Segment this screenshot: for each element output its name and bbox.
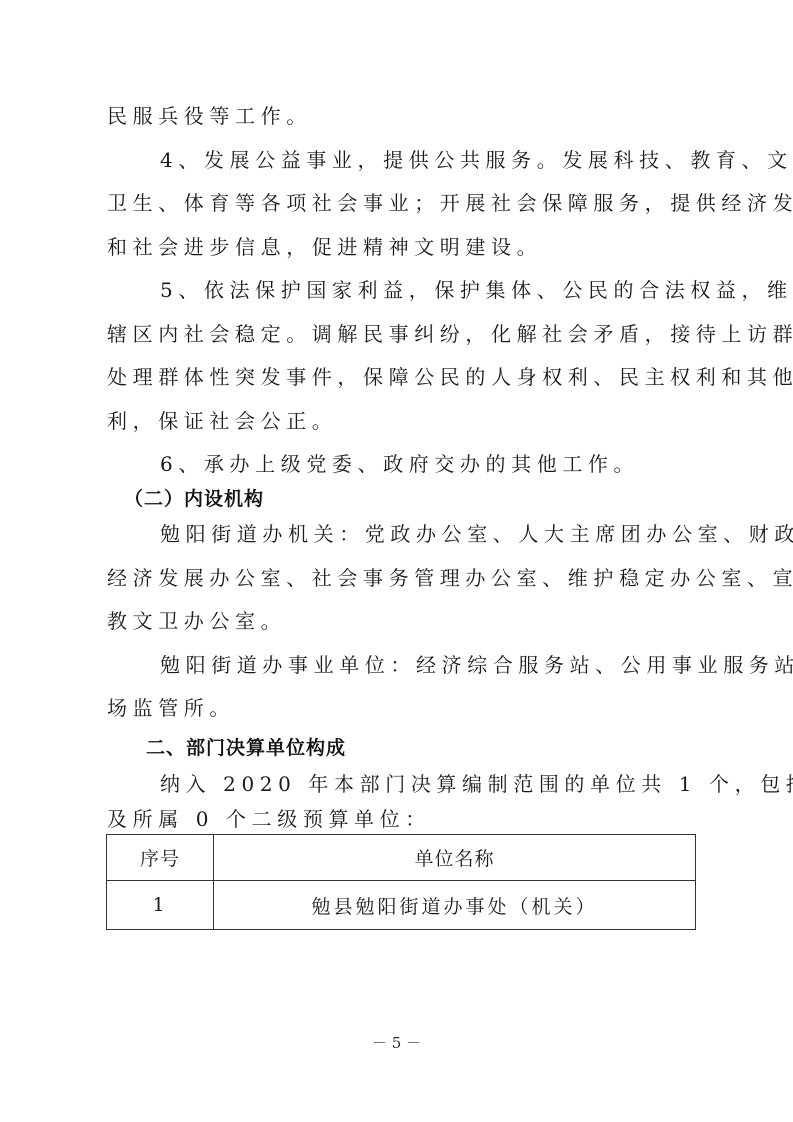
duties-text: 民服兵役等工作。 4、发展公益事业，提供公共服务。发展科技、教育、文化、 卫生、… [107,95,697,487]
text-line: 5、依法保护国家利益，保护集体、公民的合法权益，维护 [107,269,697,313]
text-line: 场监管所。 [107,687,697,731]
section-heading-units: 二、部门决算单位构成 [146,733,346,760]
text-line: 4、发展公益事业，提供公共服务。发展科技、教育、文化、 [107,139,697,183]
text-line: 经济发展办公室、社会事务管理办公室、维护稳定办公室、宣传科 [107,557,697,601]
text-line: 6、承办上级党委、政府交办的其他工作。 [107,443,697,487]
cell-unit-name: 勉县勉阳街道办事处（机关） [214,881,696,930]
table-row: 1 勉县勉阳街道办事处（机关） [107,881,696,930]
header-serial: 序号 [107,835,214,881]
section-heading-internal: （二）内设机构 [124,484,264,511]
text-line: 和社会进步信息，促进精神文明建设。 [107,226,697,270]
text-line: 勉阳街道办机关：党政办公室、人大主席团办公室、财政所、 [107,513,697,557]
text-line: 勉阳街道办事业单位：经济综合服务站、公用事业服务站、市 [107,644,697,688]
text-line: 教文卫办公室。 [107,600,697,644]
header-unit-name: 单位名称 [214,835,696,881]
text-line: 卫生、体育等各项社会事业；开展社会保障服务，提供经济发展 [107,182,697,226]
units-text: 纳入 2020 年本部门决算编制范围的单位共 1 个，包括本级 及所属 0 个二… [107,763,697,842]
text-line: 民服兵役等工作。 [107,95,697,139]
cell-serial: 1 [107,881,214,930]
internal-text: 勉阳街道办机关：党政办公室、人大主席团办公室、财政所、 经济发展办公室、社会事务… [107,513,697,731]
text-line: 利，保证社会公正。 [107,400,697,444]
table-header-row: 序号 单位名称 [107,835,696,881]
text-line: 纳入 2020 年本部门决算编制范围的单位共 1 个，包括本级 [107,763,697,798]
text-line: 处理群体性突发事件，保障公民的人身权利、民主权利和其他权 [107,356,697,400]
text-line: 辖区内社会稳定。调解民事纠纷，化解社会矛盾，接待上访群众， [107,313,697,357]
units-table: 序号 单位名称 1 勉县勉阳街道办事处（机关） [106,834,696,930]
document-page: 民服兵役等工作。 4、发展公益事业，提供公共服务。发展科技、教育、文化、 卫生、… [0,0,793,1122]
page-number: － 5 － [0,1032,793,1053]
